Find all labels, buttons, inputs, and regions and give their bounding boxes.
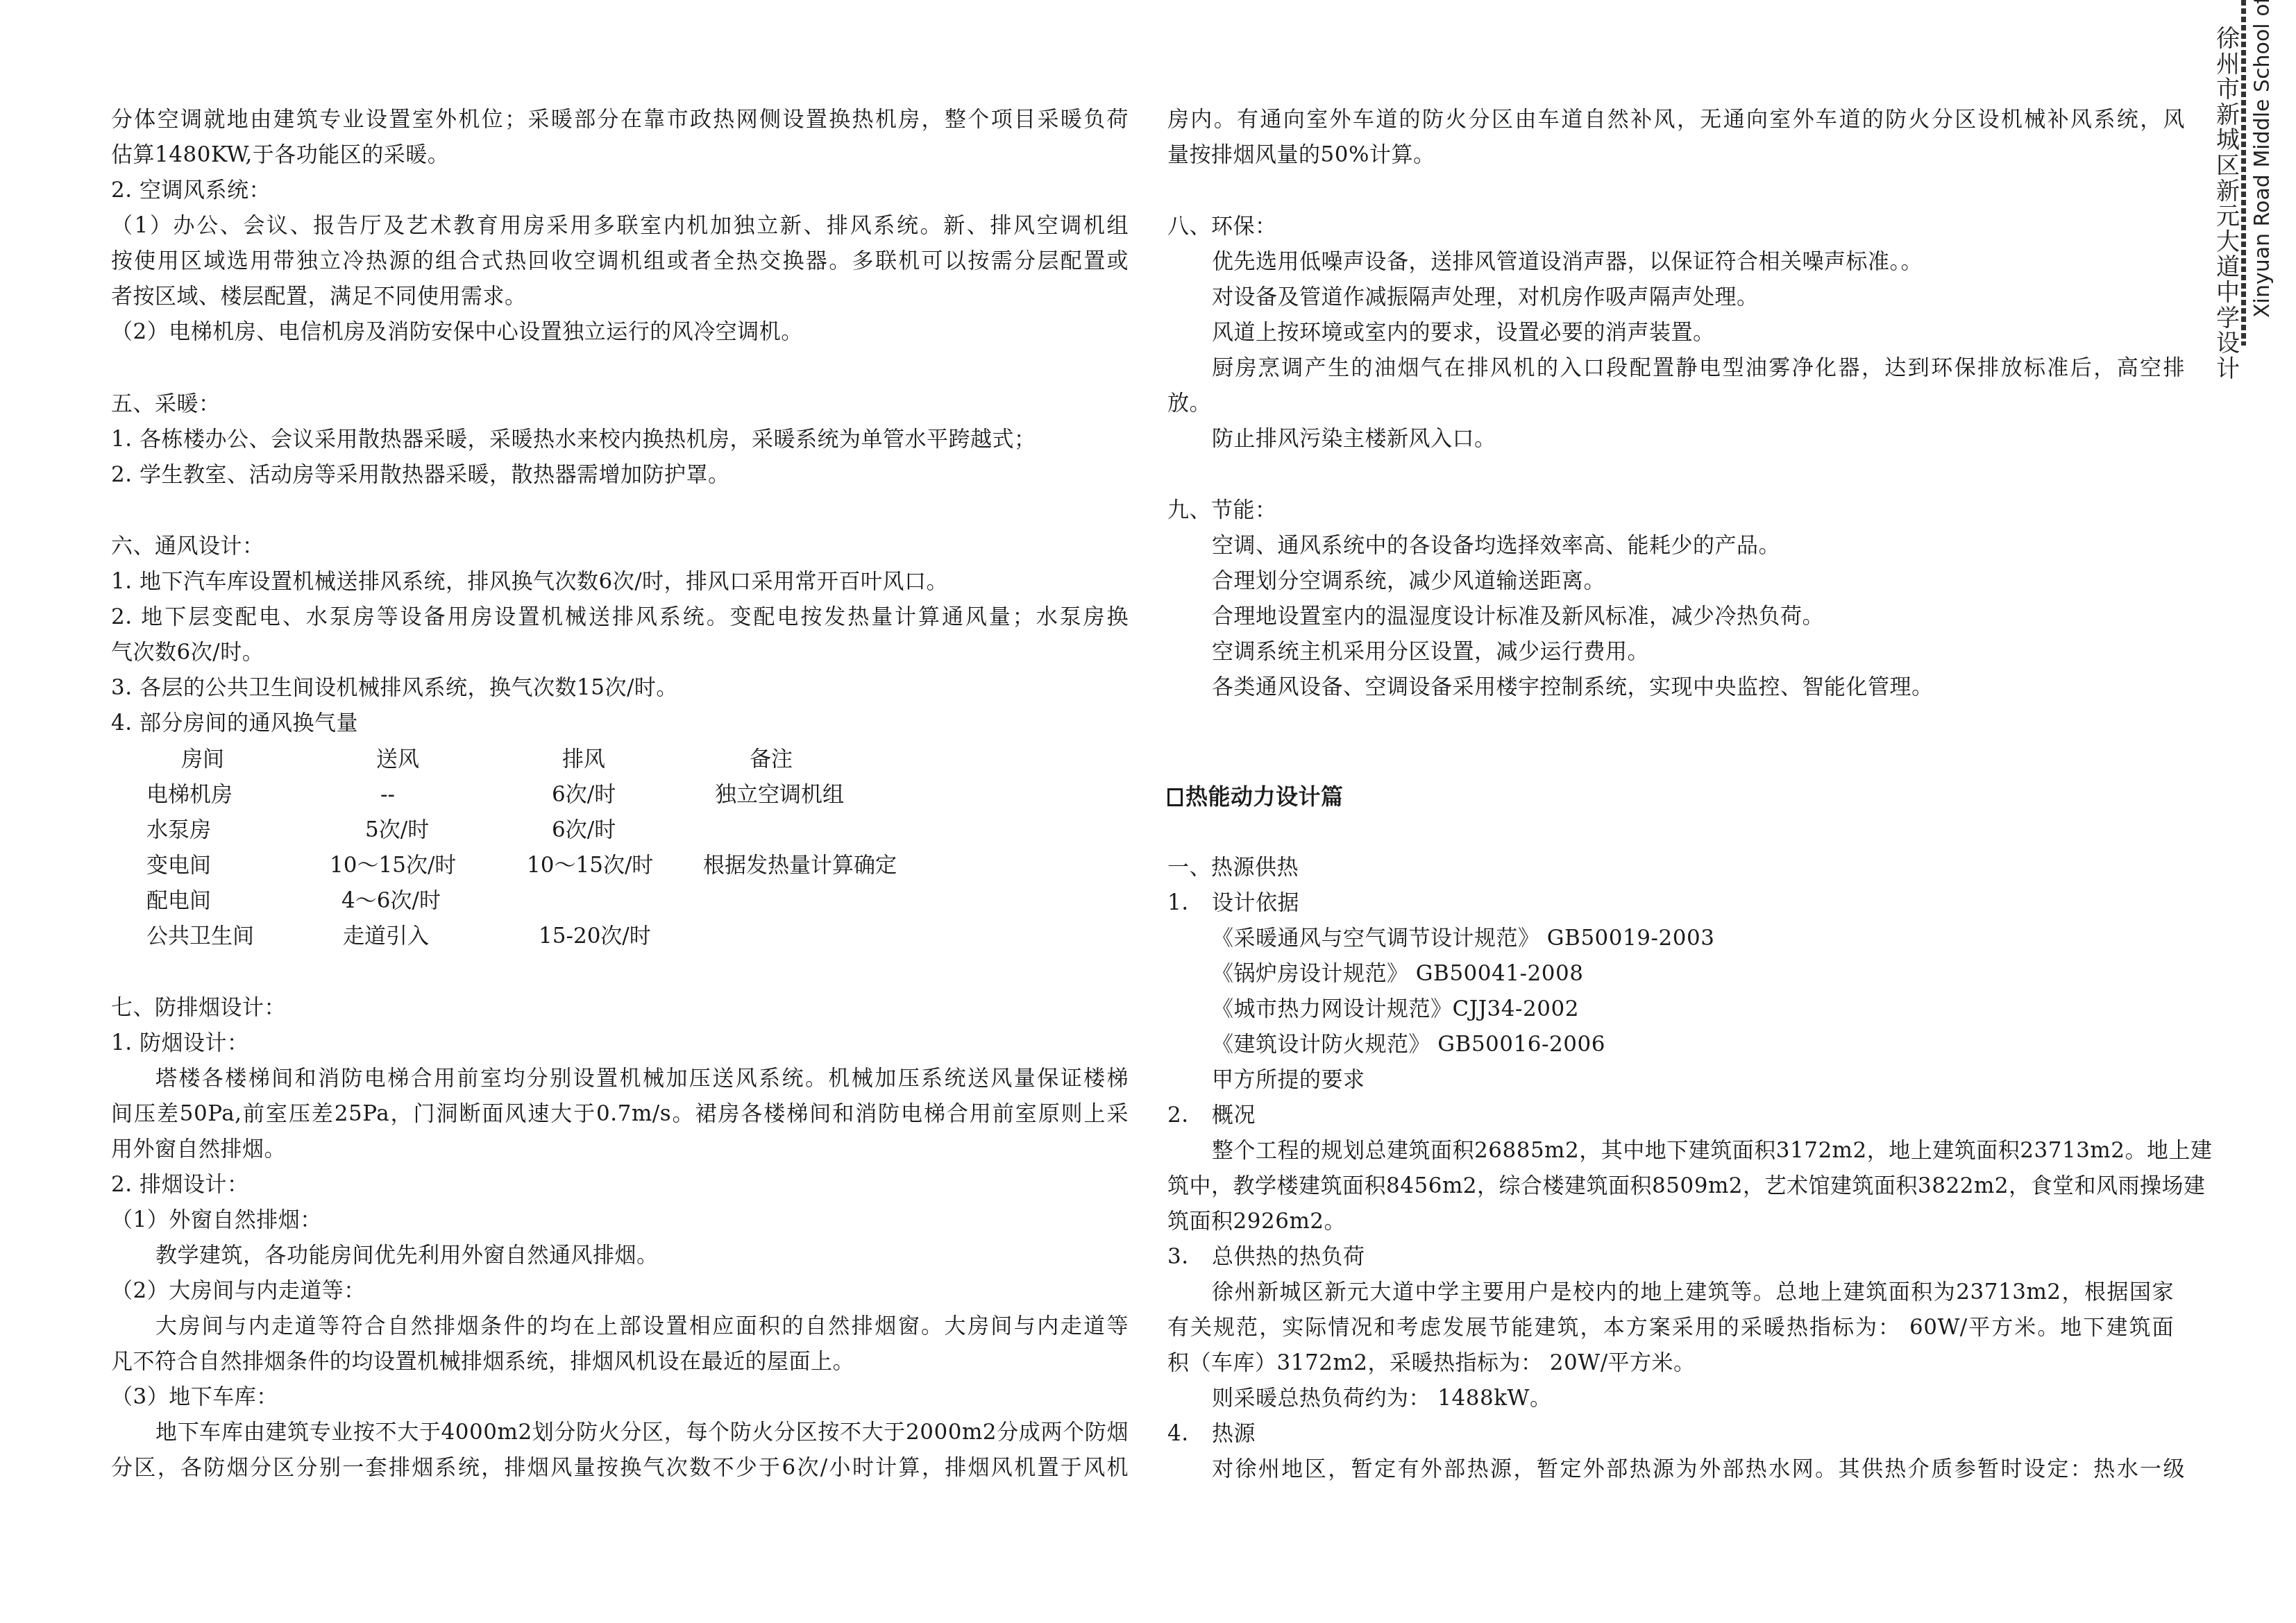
list-number: 1. [1167,889,1212,917]
table-cell: 独立空调机组 [715,781,844,808]
table-cell: 15-20次/时 [539,922,651,950]
side-char: 新 [2214,103,2242,128]
standard-reference: 《锅炉房设计规范》 GB50041-2008 [1167,960,1583,987]
standard-reference: 《采暖通风与空气调节设计规范》 GB50019-2003 [1167,924,1714,952]
list-item: 气次数6次/时。 [111,638,264,666]
list-item: 1. 地下汽车库设置机械送排风系统，排风换气次数6次/时，排风口采用常开百叶风口… [111,568,948,595]
paragraph-line: （2）电梯机房、电信机房及消防安保中心设置独立运行的风冷空调机。 [111,318,803,346]
paragraph-line: 筑中，教学楼建筑面积8456m2，综合楼建筑面积8509m2，艺术馆建筑面积38… [1167,1172,2185,1200]
subsection-title-text: 总供热的热负荷 [1212,1244,1365,1269]
paragraph-line: 者按区域、楼层配置，满足不同使用需求。 [111,282,527,310]
subsection-title: 4.热源 [1167,1420,1256,1447]
list-number: 4. [1167,1420,1212,1447]
side-char: 大 [2214,230,2242,255]
table-cell: 配电间 [146,887,211,915]
paragraph-line: 用外窗自然排烟。 [111,1135,286,1163]
chapter-heading: 热能动力设计篇 [1167,783,1344,810]
checkbox-square-icon [1167,788,1183,806]
dotted-divider [2241,0,2246,346]
paragraph-line: 塔楼各楼梯间和消防电梯合用前室均分别设置机械加压送风系统。机械加压系统送风量保证… [111,1064,1129,1092]
section-subtitle: 2. 空调风系统： [111,176,271,204]
paragraph-line: 有关规范，实际情况和考虑发展节能建筑，本方案采用的采暖热指标为： 60W/平方米… [1167,1314,2174,1341]
side-char: 徐 [2214,26,2242,52]
table-header: 送风 [376,745,419,773]
subsection-title: 2.概况 [1167,1101,1256,1129]
list-item: 2. 学生教室、活动房等采用散热器采暖，散热器需增加防护罩。 [111,461,729,488]
paragraph-line: 地下车库由建筑专业按不大于4000m2划分防火分区，每个防火分区按不大于2000… [111,1418,1129,1446]
subsection-title: （3）地下车库： [111,1383,278,1411]
paragraph-line: 整个工程的规划总建筑面积26885m2，其中地下建筑面积3172m2，地上建筑面… [1167,1137,2185,1164]
paragraph-line: 筑面积2926m2。 [1167,1207,1346,1235]
paragraph-line: 防止排风污染主楼新风入口。 [1167,425,1496,452]
paragraph-line: 合理划分空调系统，减少风道输送距离。 [1167,567,1605,595]
standard-reference: 《建筑设计防火规范》 GB50016-2006 [1167,1030,1605,1058]
paragraph-line: 积（车库）3172m2，采暖热指标为： 20W/平方米。 [1167,1349,1696,1377]
paragraph-line: 各类通风设备、空调设备采用楼宇控制系统，实现中央监控、智能化管理。 [1167,673,1934,701]
paragraph-line: （1）办公、会议、报告厅及艺术教育用房采用多联室内机加独立新、排风系统。新、排风… [111,212,1129,239]
side-char: 新 [2214,179,2242,205]
table-cell: 根据发热量计算确定 [703,851,897,879]
table-cell: 6次/时 [552,781,616,808]
paragraph-line: 放。 [1167,389,1211,417]
side-char: 设 [2214,331,2242,357]
side-char: 城 [2214,128,2242,153]
paragraph-line: 教学建筑，各功能房间优先利用外窗自然通风排烟。 [111,1241,659,1269]
table-header: 房间 [181,745,224,773]
section-title: 七、防排烟设计： [111,994,286,1021]
chapter-heading-text: 热能动力设计篇 [1185,783,1344,810]
list-item: 3. 各层的公共卫生间设机械排风系统，换气次数15次/时。 [111,674,678,702]
table-cell: 10～15次/时 [527,851,653,879]
paragraph-line: 对设备及管道作减振隔声处理，对机房作吸声隔声处理。 [1167,283,1759,311]
list-number: 3. [1167,1243,1212,1271]
table-cell: 电梯机房 [146,781,233,808]
paragraph-line: 徐州新城区新元大道中学主要用户是校内的地上建筑等。总地上建筑面积为23713m2… [1167,1278,2174,1306]
subsection-title: 1.设计依据 [1167,889,1299,917]
table-cell: 5次/时 [365,816,429,844]
subsection-title: 2. 排烟设计： [111,1171,248,1198]
list-item: 4. 部分房间的通风换气量 [111,709,358,737]
subsection-title-text: 热源 [1212,1421,1256,1446]
side-char: 州 [2214,52,2242,78]
paragraph-line: 按使用区域选用带独立冷热源的组合式热回收空调机组或者全热交换器。多联机可以按需分… [111,247,1129,275]
table-cell: 10～15次/时 [330,851,456,879]
section-title: 八、环保： [1167,212,1277,240]
subsection-title: （1）外窗自然排烟： [111,1206,322,1234]
side-char: 道 [2214,255,2242,280]
standard-reference: 甲方所提的要求 [1167,1066,1365,1094]
paragraph-line: 空调系统主机采用分区设置，减少运行费用。 [1167,638,1649,665]
table-header: 排风 [562,745,605,773]
list-item: 2. 地下层变配电、水泵房等设备用房设置机械送排风系统。变配电按发热量计算通风量… [111,603,1129,631]
section-title: 六、通风设计： [111,532,264,560]
side-char: 中 [2214,280,2242,306]
paragraph-line: 风道上按环境或室内的要求，设置必要的消声装置。 [1167,318,1715,346]
total-heat-load: 则采暖总热负荷约为： 1488kW。 [1167,1384,1551,1412]
subsection-title-text: 概况 [1212,1103,1256,1128]
subsection-title: 3.总供热的热负荷 [1167,1243,1365,1271]
side-char: 计 [2214,357,2242,382]
paragraph-line: 对徐州地区，暂定有外部热源，暂定外部热源为外部热水网。其供热介质参暂时设定：热水… [1167,1455,2185,1483]
table-cell: 变电间 [146,851,211,879]
section-title: 一、热源供热 [1167,853,1299,881]
subsection-title: 1. 防烟设计： [111,1029,248,1057]
side-title-chinese: 徐 州 市 新 城 区 新 元 大 道 中 学 设 计 [2214,26,2242,382]
table-cell: 水泵房 [146,816,211,844]
section-title: 九、节能： [1167,496,1277,524]
paragraph-line: 优先选用低噪声设备，送排风管道设消声器，以保证符合相关噪声标准。。 [1167,248,1923,275]
subsection-title-text: 设计依据 [1212,890,1299,915]
side-char: 市 [2214,77,2242,103]
paragraph-line: 凡不符合自然排烟条件的均设置机械排烟系统，排烟风机设在最近的屋面上。 [111,1348,854,1375]
paragraph-line: 分体空调就地由建筑专业设置室外机位；采暖部分在靠市政热网侧设置换热机房，整个项目… [111,105,1129,133]
paragraph-line: 间压差50Pa,前室压差25Pa，门洞断面风速大于0.7m/s。裙房各楼梯间和消… [111,1100,1129,1128]
paragraph-line: 大房间与内走道等符合自然排烟条件的均在上部设置相应面积的自然排烟窗。大房间与内走… [111,1312,1129,1340]
side-title-english: Xinyuan Road Middle School of Xuzhou [2251,0,2274,318]
table-cell: 公共卫生间 [146,922,254,950]
paragraph-line: 量按排烟风量的50%计算。 [1167,141,1435,169]
side-char: 学 [2214,306,2242,332]
table-header: 备注 [750,745,793,773]
standard-reference: 《城市热力网设计规范》CJJ34-2002 [1167,995,1579,1023]
table-cell: 走道引入 [343,922,429,950]
table-cell: -- [380,781,395,808]
list-item: 1. 各栋楼办公、会议采用散热器采暖，采暖热水来校内换热机房，采暖系统为单管水平… [111,425,1036,453]
paragraph-line: 分区，各防烟分区分别一套排烟系统，排烟风量按换气次数不少于6次/小时计算，排烟风… [111,1454,1129,1481]
subsection-title: （2）大房间与内走道等： [111,1277,366,1305]
paragraph-line: 厨房烹调产生的油烟气在排风机的入口段配置静电型油雾净化器，达到环保排放标准后，高… [1167,354,2185,382]
table-cell: 4～6次/时 [341,887,441,915]
paragraph-line: 空调、通风系统中的各设备均选择效率高、能耗少的产品。 [1167,532,1780,559]
table-cell: 6次/时 [552,816,616,844]
section-title: 五、采暖： [111,390,221,418]
side-char: 元 [2214,204,2242,230]
paragraph-line: 合理地设置室内的温湿度设计标准及新风标准，减少冷热负荷。 [1167,602,1824,630]
paragraph-line: 房内。有通向室外车道的防火分区由车道自然补风，无通向室外车道的防火分区设机械补风… [1167,105,2185,133]
list-number: 2. [1167,1101,1212,1129]
side-char: 区 [2214,153,2242,179]
paragraph-line: 估算1480KW,于各功能区的采暖。 [111,141,449,169]
